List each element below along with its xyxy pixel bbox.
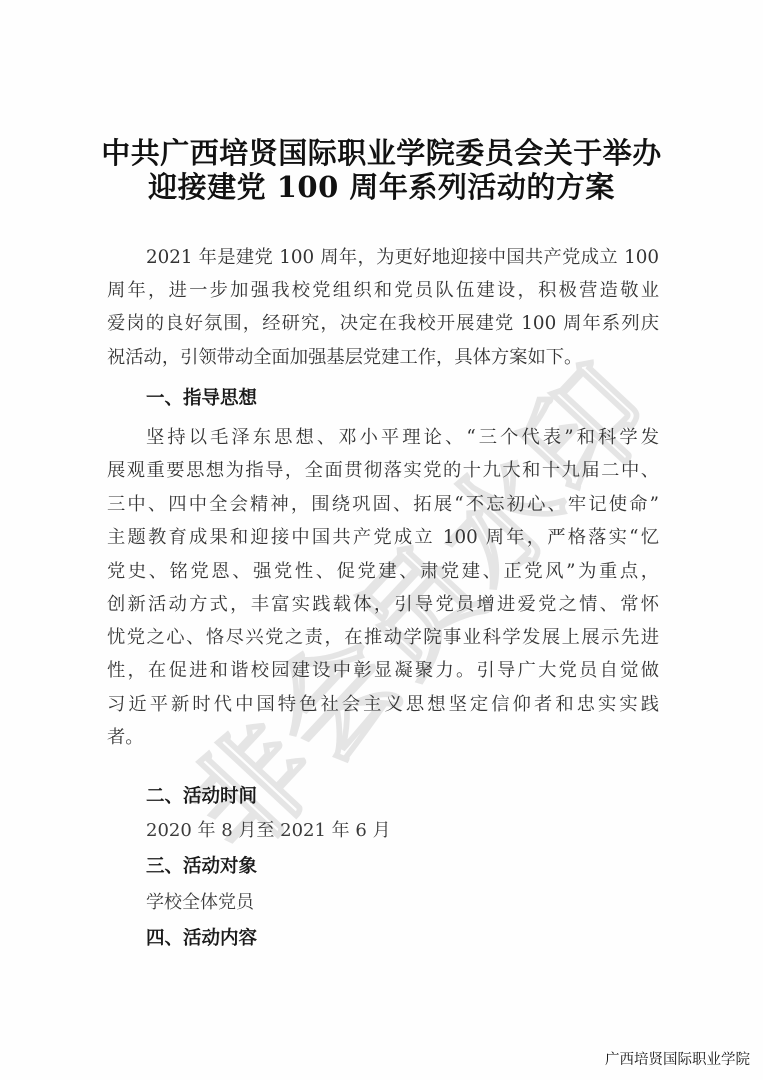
section-1-line: 者。 bbox=[107, 727, 659, 749]
section-1-line: 性，在促进和谐校园建设中彰显凝聚力。引导广大党员自觉做 bbox=[107, 660, 659, 682]
section-1-line: 忧党之心、恪尽兴党之责，在推动学院事业科学发展上展示先进 bbox=[107, 627, 659, 649]
document-page: 非会员水印 中共广西培贤国际职业学院委员会关于举办 迎接建党 100 周年系列活… bbox=[0, 0, 763, 1080]
document-title-line-2: 迎接建党 100 周年系列活动的方案 bbox=[0, 165, 763, 206]
section-1-line: 展观重要思想为指导，全面贯彻落实党的十九大和十九届二中、 bbox=[107, 460, 659, 482]
section-1-line: 坚持以毛泽东思想、邓小平理论、“三个代表”和科学发 bbox=[146, 427, 659, 449]
footer-institution-name: 广西培贤国际职业学院 bbox=[605, 1048, 750, 1069]
section-1-line: 创新活动方式，丰富实践载体，引导党员增进爱党之情、常怀 bbox=[107, 594, 659, 616]
section-1-line: 习近平新时代中国特色社会主义思想坚定信仰者和忠实实践 bbox=[107, 694, 659, 716]
intro-line: 祝活动，引领带动全面加强基层党建工作，具体方案如下。 bbox=[107, 347, 659, 369]
intro-line: 爱岗的良好氛围，经研究，决定在我校开展建党 100 周年系列庆 bbox=[107, 313, 659, 335]
section-1-line: 党史、铭党恩、强党性、促党建、肃党建、正党风”为重点， bbox=[107, 561, 659, 583]
intro-line: 周年，进一步加强我校党组织和党员队伍建设，积极营造敬业 bbox=[107, 280, 659, 302]
section-1-line: 主题教育成果和迎接中国共产党成立 100 周年，严格落实“忆 bbox=[107, 527, 659, 549]
section-heading-activity-target: 三、活动对象 bbox=[146, 856, 257, 878]
activity-target-value: 学校全体党员 bbox=[146, 892, 254, 914]
section-heading-activity-content: 四、活动内容 bbox=[146, 928, 257, 950]
intro-line: 2021 年是建党 100 周年，为更好地迎接中国共产党成立 100 bbox=[146, 247, 659, 269]
section-1-line: 三中、四中全会精神，围绕巩固、拓展“不忘初心、牢记使命” bbox=[107, 494, 659, 516]
activity-time-value: 2020 年 8 月至 2021 年 6 月 bbox=[146, 820, 391, 842]
section-heading-guiding-ideology: 一、指导思想 bbox=[146, 388, 257, 410]
section-heading-activity-time: 二、活动时间 bbox=[146, 786, 257, 808]
